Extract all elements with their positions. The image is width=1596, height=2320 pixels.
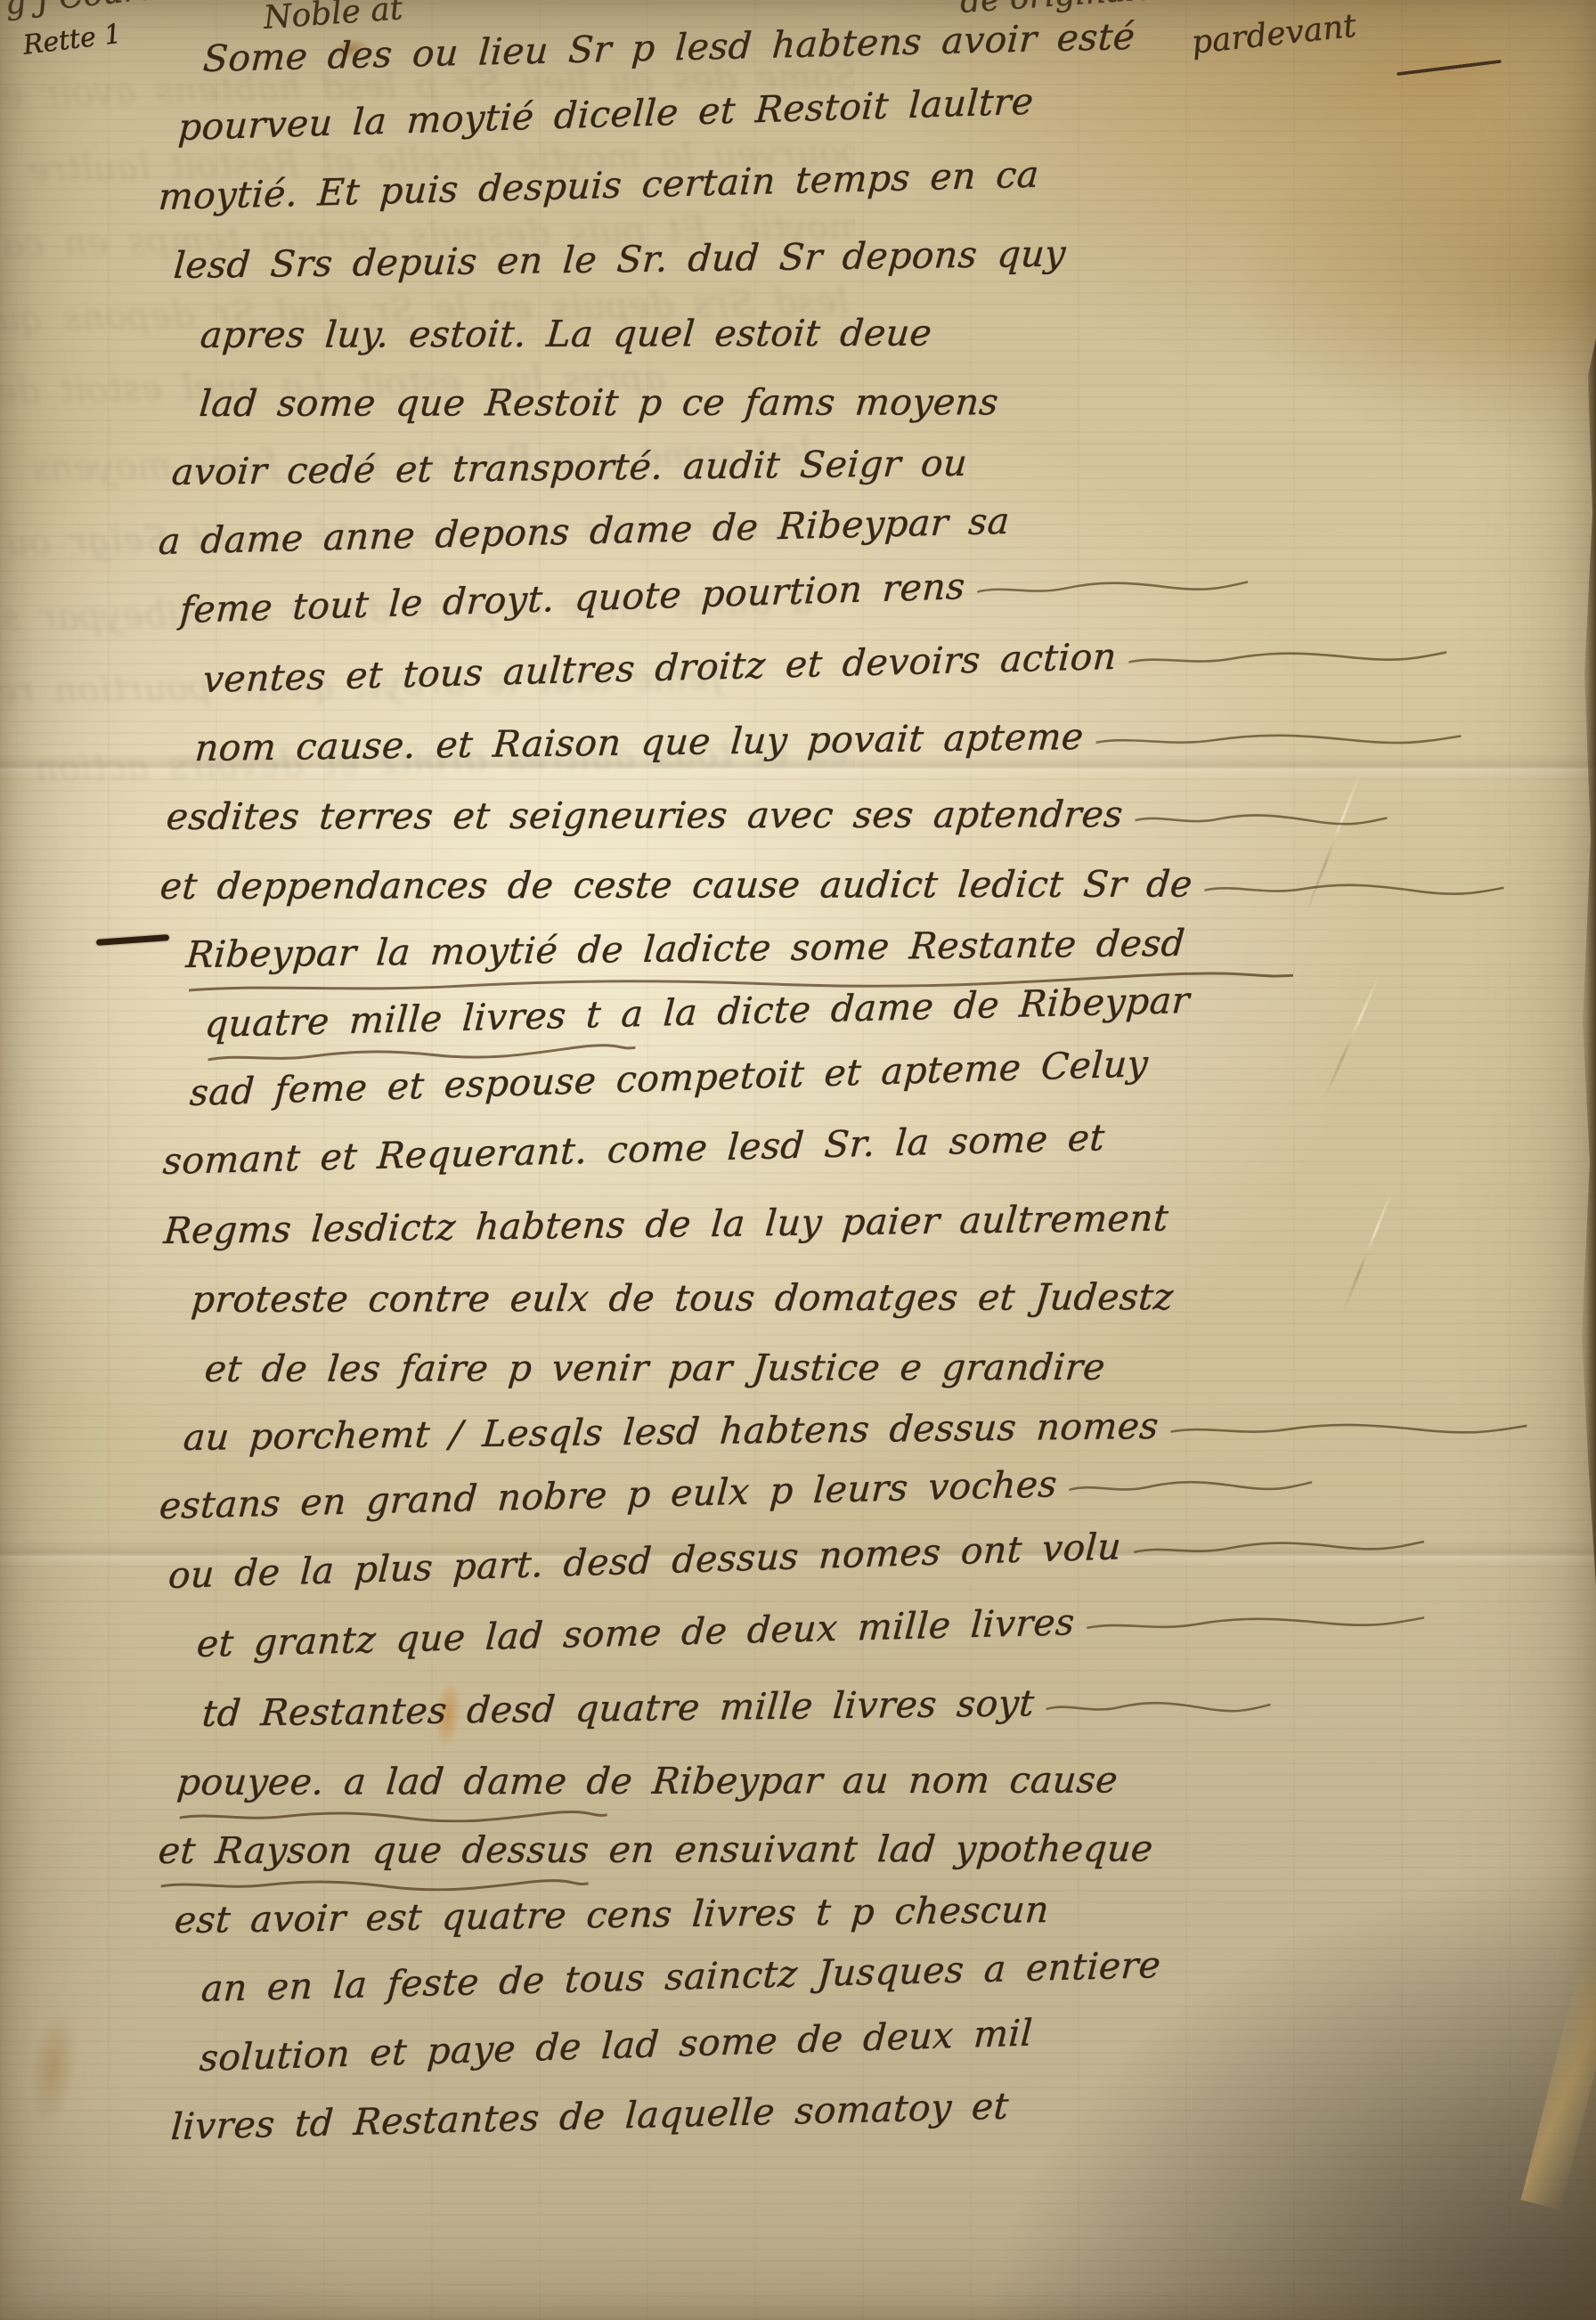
manuscript-line-text: est avoir est quatre cens livres t p che… — [173, 1888, 1051, 1941]
manuscript-line-text: nom cause. et Raison que luy povait apte… — [193, 715, 1085, 769]
manuscript-line-text: pourveu la moytié dicelle et Restoit lau… — [177, 80, 1035, 149]
manuscript-line: pourveu la moytié dicelle et Restoit lau… — [177, 80, 1035, 149]
manuscript-line-text: proteste contre eulx de tous domatges et… — [190, 1275, 1175, 1321]
paper-crease — [1323, 976, 1380, 1099]
manuscript-line-text: td Restantes desd quatre mille livres so… — [200, 1681, 1036, 1735]
manuscript-line: nom cause. et Raison que luy povait apte… — [193, 710, 1462, 769]
line-filler-flourish — [1170, 1420, 1527, 1438]
margin-dash-mark — [96, 934, 169, 946]
manuscript-line-text: Regms lesdictz habtens de la luy paier a… — [162, 1196, 1169, 1252]
manuscript-page-photo: Some des ou lieu Sr p lesd habtens avoir… — [0, 0, 1596, 2320]
manuscript-line-text: moytié. Et puis despuis certain temps en… — [158, 152, 1041, 217]
manuscript-line: proteste contre eulx de tous domatges et… — [190, 1275, 1175, 1321]
manuscript-line-text: solution et paye de lad some de deux mil — [199, 2011, 1034, 2080]
manuscript-line: ou de la plus part. desd dessus nomes on… — [167, 1516, 1426, 1597]
manuscript-line-text: estans en grand nobre p eulx p leurs voc… — [158, 1463, 1058, 1528]
manuscript-line: est avoir est quatre cens livres t p che… — [173, 1888, 1051, 1941]
manuscript-line-text: lesd Srs depuis en le Sr. dud Sr depons … — [172, 232, 1067, 288]
manuscript-line-text: pouyee. a lad dame de Ribeypar au nom ca… — [175, 1758, 1120, 1803]
underlying-page-edge — [1578, 338, 1596, 1585]
top-center-annotation: Noble at — [263, 0, 404, 37]
manuscript-line: solution et paye de lad some de deux mil — [199, 2011, 1034, 2080]
manuscript-line-text: et deppendances de ceste cause audict le… — [159, 862, 1194, 907]
line-filler-flourish — [1128, 646, 1447, 668]
manuscript-line-text: et Rayson que dessus en ensuivant lad yp… — [157, 1828, 1155, 1873]
manuscript-line-text: sad feme et espouse competoit et apteme … — [189, 1042, 1150, 1114]
manuscript-line: an en la feste de tous sainctz Jusques a… — [199, 1943, 1161, 2010]
manuscript-line: avoir cedé et transporté. audit Seigr ou — [170, 442, 969, 493]
top-left-annotation-fragment: g J Courdae. — [4, 0, 208, 22]
manuscript-line-text: feme tout le droyt. quote pourtion rens — [179, 565, 966, 631]
manuscript-line-text: apres luy. estoit. La quel estoit deue — [199, 311, 933, 355]
manuscript-line: estans en grand nobre p eulx p leurs voc… — [158, 1456, 1314, 1527]
manuscript-line: quatre mille livres t a la dicte dame de… — [203, 979, 1191, 1046]
manuscript-line-text: lad some que Restoit p ce fams moyens — [198, 380, 1000, 425]
pardevant-annotation: pardevant — [1190, 8, 1358, 61]
line-filler-flourish — [1095, 729, 1462, 748]
underline-flourish — [179, 1810, 607, 1823]
manuscript-line: et deppendances de ceste cause audict le… — [159, 862, 1506, 908]
manuscript-line: et Rayson que dessus en ensuivant lad yp… — [157, 1828, 1155, 1873]
manuscript-line: ventes et tous aultres droitz et devoirs… — [202, 626, 1449, 701]
line-filler-flourish — [1133, 1535, 1424, 1559]
line-filler-flourish — [1087, 1612, 1425, 1635]
manuscript-line: a dame anne depons dame de Ribeypar sa — [157, 500, 1011, 563]
line-filler-flourish — [1046, 1698, 1271, 1715]
manuscript-line-text: et grantz que lad some de deux mille liv… — [196, 1600, 1077, 1665]
paper-crease — [1341, 1189, 1394, 1314]
line-filler-flourish — [977, 576, 1249, 598]
manuscript-line-text: esdites terres et seigneuries avec ses a… — [165, 794, 1125, 839]
manuscript-line-text: somant et Requerant. come lesd Sr. la so… — [162, 1117, 1106, 1184]
margin-note: Rette 1 — [21, 19, 123, 61]
line-filler-flourish — [1203, 882, 1503, 897]
manuscript-line: et grantz que lad some de deux mille liv… — [196, 1591, 1426, 1665]
manuscript-line: somant et Requerant. come lesd Sr. la so… — [162, 1117, 1106, 1184]
underline-flourish — [160, 1878, 589, 1892]
manuscript-line: feme tout le droyt. quote pourtion rens — [179, 556, 1250, 631]
manuscript-line-text: et de les faire p venir par Justice e gr… — [203, 1345, 1107, 1389]
page-edge-highlight — [1521, 1950, 1596, 2210]
manuscript-line-text: avoir cedé et transporté. audit Seigr ou — [170, 442, 969, 493]
manuscript-line: td Restantes desd quatre mille livres so… — [200, 1678, 1273, 1734]
manuscript-line: livres td Restantes de laquelle somatoy … — [169, 2084, 1010, 2148]
manuscript-line-text: ventes et tous aultres droitz et devoirs… — [202, 634, 1119, 700]
manuscript-line: et de les faire p venir par Justice e gr… — [203, 1345, 1107, 1389]
manuscript-line: Ribeypar la moytié de ladicte some Resta… — [184, 922, 1186, 976]
manuscript-line-text: a dame anne depons dame de Ribeypar sa — [157, 500, 1011, 563]
stain — [22, 2008, 85, 2129]
manuscript-line: moytié. Et puis despuis certain temps en… — [158, 152, 1041, 217]
manuscript-line-text: quatre mille livres t a la dicte dame de… — [203, 979, 1191, 1046]
manuscript-line-text: au porchemt / Lesqls lesd habtens dessus… — [182, 1404, 1160, 1459]
manuscript-line-text: livres td Restantes de laquelle somatoy … — [169, 2084, 1010, 2148]
manuscript-line: apres luy. estoit. La quel estoit deue — [199, 311, 933, 355]
pardevant-flourish-dash — [1396, 60, 1502, 76]
manuscript-line: pouyee. a lad dame de Ribeypar au nom ca… — [175, 1758, 1120, 1803]
line-filler-flourish — [1135, 812, 1388, 827]
manuscript-line: Regms lesdictz habtens de la luy paier a… — [162, 1196, 1169, 1252]
manuscript-line: lesd Srs depuis en le Sr. dud Sr depons … — [172, 232, 1067, 288]
manuscript-line-text: Ribeypar la moytié de ladicte some Resta… — [184, 922, 1186, 976]
manuscript-line: au porchemt / Lesqls lesd habtens dessus… — [182, 1400, 1529, 1459]
manuscript-line: lad some que Restoit p ce fams moyens — [198, 380, 1000, 425]
manuscript-line: esdites terres et seigneuries avec ses a… — [165, 793, 1389, 839]
line-filler-flourish — [1069, 1477, 1313, 1497]
manuscript-line-text: an en la feste de tous sainctz Jusques a… — [199, 1943, 1161, 2010]
manuscript-line-text: ou de la plus part. desd dessus nomes on… — [167, 1525, 1123, 1597]
manuscript-line: sad feme et espouse competoit et apteme … — [189, 1042, 1150, 1114]
